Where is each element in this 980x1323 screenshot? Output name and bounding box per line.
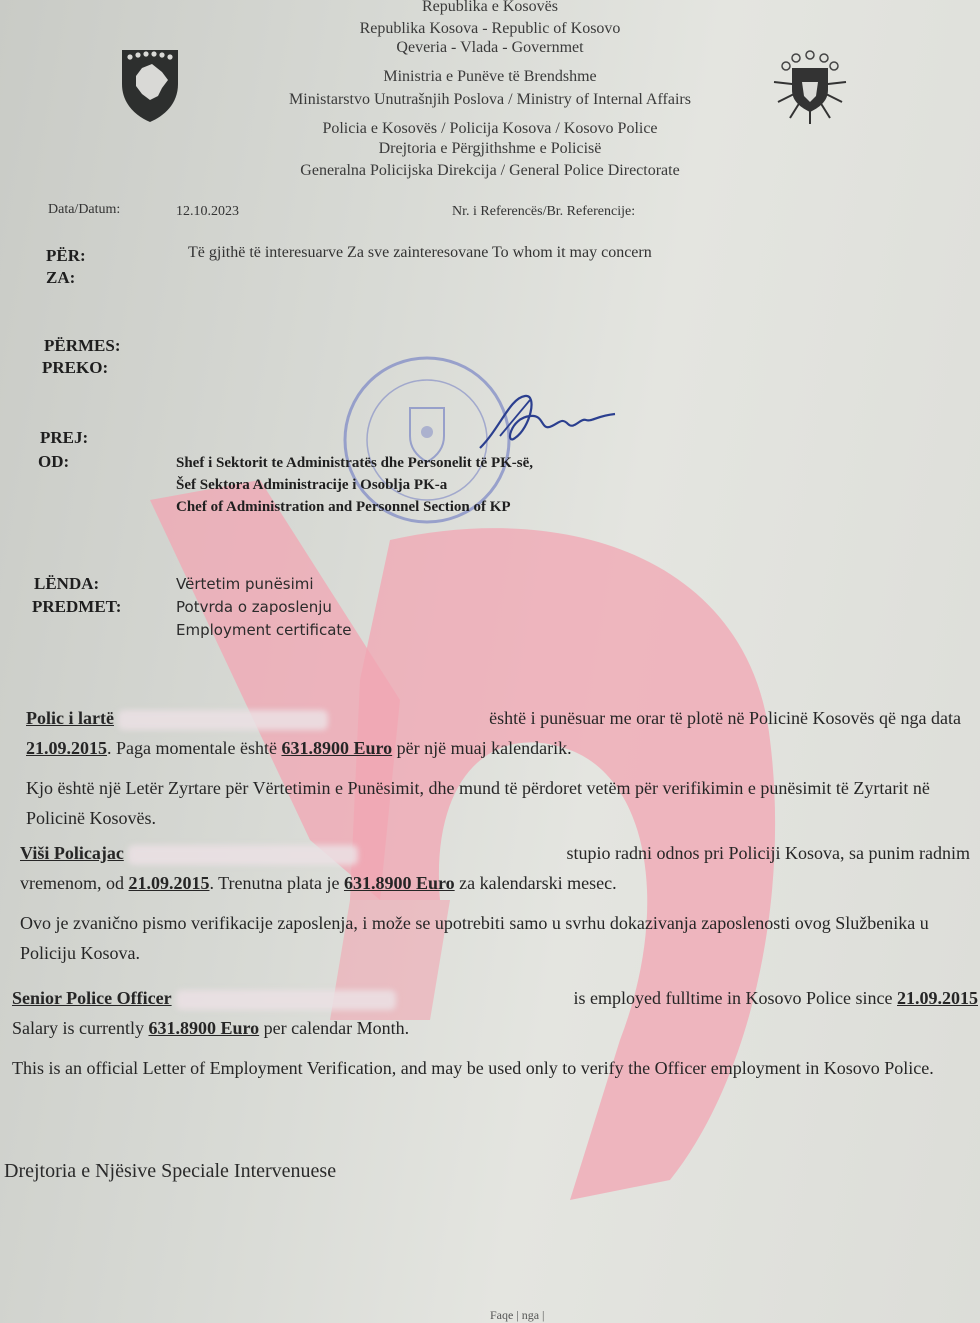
from-line-sr: Šef Sektora Administracije i Osoblja PK-… — [176, 474, 533, 496]
header-republic: Republika Kosova - Republic of Kosovo — [0, 18, 980, 39]
rank-sq: Polic i lartë — [26, 708, 114, 728]
header-government: Qeveria - Vlada - Governmet — [0, 37, 980, 58]
signature-icon — [470, 388, 620, 458]
subject-label-sq: LËNDA: — [34, 574, 99, 594]
date-label: Data/Datum: — [48, 202, 120, 218]
from-line-en: Chef of Administration and Personnel Sec… — [176, 496, 533, 518]
subject-label-sr: PREDMET: — [32, 597, 121, 617]
header-directorate-sq: Drejtoria e Përgjithshme e Policisë — [0, 138, 980, 159]
salary-en: 631.8900 Euro — [148, 1018, 259, 1038]
salary-sr: 631.8900 Euro — [344, 873, 455, 893]
rank-sr: Viši Policajac — [20, 843, 124, 863]
document-page: Republika e Kosovës Republika Kosova - R… — [0, 0, 980, 1323]
body-en: Senior Police Officer is employed fullti… — [12, 983, 978, 1083]
body-sq-note: Kjo është një Letër Zyrtare për Vërtetim… — [26, 773, 961, 833]
header-republic-sq: Republika e Kosovës — [0, 0, 980, 17]
from-label-sr: OD: — [38, 452, 69, 472]
start-date-sr: 21.09.2015 — [128, 873, 209, 893]
body-en-line1: is employed fulltime in Kosovo Police si… — [574, 988, 897, 1008]
header-police: Policia e Kosovës / Policija Kosova / Ko… — [0, 118, 980, 139]
body-sq: Polic i lartë është i punësuar me orar t… — [26, 703, 961, 833]
body-en-note: This is an official Letter of Employment… — [12, 1053, 978, 1083]
subject-line-en: Employment certificate — [176, 619, 352, 642]
subject-line-sr: Potvrda o zaposlenju — [176, 596, 352, 619]
rank-en: Senior Police Officer — [12, 988, 172, 1008]
subject-line-sq: Vërtetim punësimi — [176, 573, 352, 596]
body-sq-line1: është i punësuar me orar të plotë në Pol… — [489, 703, 961, 733]
subject-lines: Vërtetim punësimi Potvrda o zaposlenju E… — [176, 573, 352, 642]
from-label-sq: PREJ: — [40, 428, 88, 448]
header-directorate: Generalna Policijska Direkcija / General… — [0, 160, 980, 181]
start-date-sq: 21.09.2015 — [26, 738, 107, 758]
redacted-name — [128, 845, 358, 865]
header-ministry-sq: Ministria e Punëve të Brendshme — [0, 66, 980, 87]
reference-label: Nr. i Referencës/Br. Referencije: — [452, 204, 635, 220]
redacted-name — [176, 990, 396, 1010]
via-label-sq: PËRMES: — [44, 336, 121, 356]
body-sr-note: Ovo je zvanično pismo verifikacije zapos… — [20, 908, 970, 968]
from-line-sq: Shef i Sektorit te Administratës dhe Per… — [176, 452, 533, 474]
start-date-en: 21.09.2015 — [897, 988, 978, 1008]
date-value: 12.10.2023 — [176, 204, 239, 220]
from-lines: Shef i Sektorit te Administratës dhe Per… — [176, 452, 533, 518]
salary-sq: 631.8900 Euro — [281, 738, 392, 758]
header-ministry: Ministarstvo Unutrašnjih Poslova / Minis… — [0, 89, 980, 110]
to-label-sq: PËR: — [46, 246, 86, 266]
footer-department: Drejtoria e Njësive Speciale Intervenues… — [4, 1160, 336, 1183]
page-number: Faqe | nga | — [490, 1308, 544, 1323]
to-value: Të gjithë të interesuarve Za sve zainter… — [188, 244, 652, 262]
via-label-sr: PREKO: — [42, 358, 108, 378]
redacted-name — [118, 710, 328, 730]
body-sr: Viši Policajac stupio radni odnos pri Po… — [20, 838, 970, 968]
to-label-sr: ZA: — [46, 268, 75, 288]
body-sr-line1: stupio radni odnos pri Policiji Kosova, … — [567, 838, 970, 868]
